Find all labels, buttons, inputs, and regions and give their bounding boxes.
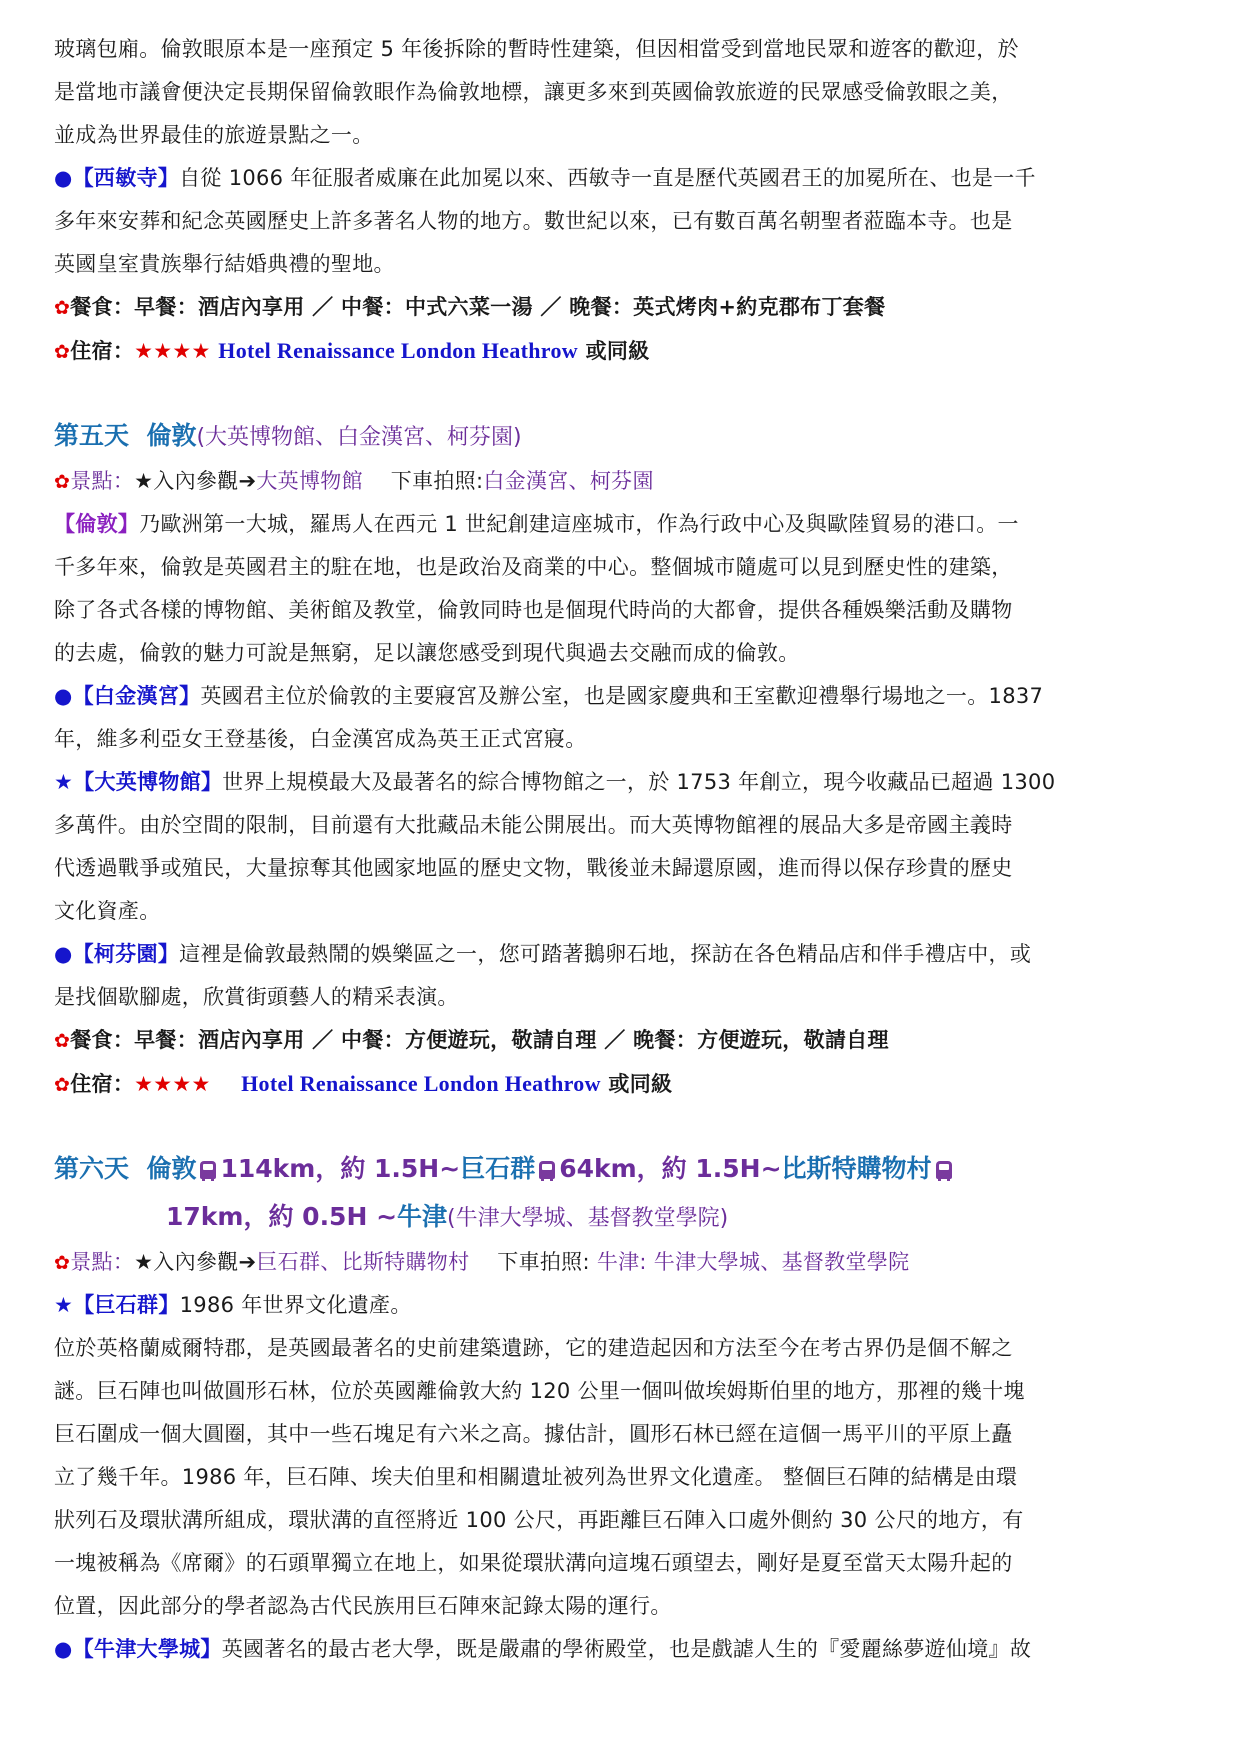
meals-line: ✿餐食：早餐：酒店內享用 ／ 中餐：中式六菜一湯 ／ 晚餐：英式烤肉+約克郡布丁… — [54, 286, 1186, 329]
section-tag: 【倫敦】 — [54, 512, 139, 536]
day6-title-cont: 17km，約 0.5H ~牛津(牛津大學城、基督教堂學院) — [54, 1193, 1186, 1241]
section-tag: 【西敏寺】 — [73, 166, 180, 190]
photo-label: 下車拍照: — [497, 1250, 590, 1274]
text-line: 是找個歇腳處，欣賞街頭藝人的精采表演。 — [54, 976, 1186, 1019]
hotel-label: 住宿： — [70, 339, 134, 363]
meals-line: ✿餐食：早餐：酒店內享用 ／ 中餐：方便遊玩，敬請自理 ／ 晚餐：方便遊玩，敬請… — [54, 1019, 1186, 1062]
flower-icon: ✿ — [54, 1074, 70, 1096]
text-line: 代透過戰爭或殖民，大量掠奪其他國家地區的歷史文物，戰後並未歸還原國，進而得以保存… — [54, 847, 1186, 890]
sights-label: 景點： — [70, 1250, 134, 1274]
day5-sights: ✿景點：★入內參觀➔大英博物館 下車拍照:白金漢宮、柯芬園 — [54, 460, 1186, 503]
day6-sights: ✿景點：★入內參觀➔巨石群、比斯特購物村 下車拍照: 牛津: 牛津大學城、基督教… — [54, 1241, 1186, 1284]
text-line: 乃歐洲第一大城，羅馬人在西元 1 世紀創建這座城市，作為行政中心及與歐陸貿易的港… — [139, 512, 1019, 536]
section-tag: 【白金漢宮】 — [73, 684, 201, 708]
text-line: 多萬件。由於空間的限制，目前還有大批藏品未能公開展出。而大英博物館裡的展品大多是… — [54, 804, 1186, 847]
section-tag: 【牛津大學城】 — [73, 1637, 222, 1661]
text-line: 玻璃包廂。倫敦眼原本是一座預定 5 年後拆除的暫時性建築，但因相當受到當地民眾和… — [54, 28, 1186, 71]
photo-places: 白金漢宮、柯芬園 — [483, 469, 653, 493]
bus-icon — [539, 1161, 555, 1179]
enter-label: ★入內參觀➔ — [134, 1250, 256, 1274]
text-line: 1986 年世界文化遺產。 — [180, 1293, 412, 1317]
meals-text: 餐食：早餐：酒店內享用 ／ 中餐：方便遊玩，敬請自理 ／ 晚餐：方便遊玩，敬請自… — [70, 1028, 889, 1052]
distance-label: 64km，約 1.5H~ — [559, 1154, 781, 1183]
text-line: 英國著名的最古老大學，既是嚴肅的學術殿堂，也是戲謔人生的『愛麗絲夢遊仙境』故 — [222, 1637, 1031, 1661]
flower-icon: ✿ — [54, 1252, 70, 1274]
text-line: 這裡是倫敦最熱鬧的娛樂區之一，您可踏著鵝卵石地，探訪在各色精品店和伴手禮店中，或 — [179, 942, 1031, 966]
city-label: 牛津 — [397, 1202, 447, 1231]
enter-places: 大英博物館 — [256, 469, 363, 493]
photo-label: 下車拍照: — [391, 469, 484, 493]
section-tag: 【大英博物館】 — [73, 770, 222, 794]
bus-icon — [200, 1161, 216, 1179]
london-section: 【倫敦】乃歐洲第一大城，羅馬人在西元 1 世紀創建這座城市，作為行政中心及與歐陸… — [54, 503, 1186, 675]
day-subtitle: (牛津大學城、基督教堂學院) — [447, 1206, 728, 1231]
text-line: 是當地市議會便決定長期保留倫敦眼作為倫敦地標，讓更多來到英國倫敦旅遊的民眾感受倫… — [54, 71, 1186, 114]
text-line: 謎。巨石陣也叫做圓形石林，位於英國離倫敦大約 120 公里一個叫做埃姆斯伯里的地… — [54, 1370, 1186, 1413]
westminster-section: ●【西敏寺】自從 1066 年征服者威廉在此加冕以來、西敏寺一直是歷代英國君王的… — [54, 157, 1186, 286]
bullet-icon: ● — [54, 942, 73, 966]
distance-label: 114km，約 1.5H~ — [220, 1154, 460, 1183]
text-line: 位置，因此部分的學者認為古代民族用巨石陣來記錄太陽的運行。 — [54, 1585, 1186, 1628]
enter-places: 巨石群、比斯特購物村 — [256, 1250, 469, 1274]
text-line: 英國君主位於倫敦的主要寢宮及辦公室，也是國家慶典和王室歡迎禮舉行場地之一。183… — [200, 684, 1043, 708]
photo-places: 牛津: 牛津大學城、基督教堂學院 — [590, 1250, 910, 1274]
museum-section: ★【大英博物館】世界上規模最大及最著名的綜合博物館之一，於 1753 年創立，現… — [54, 761, 1186, 933]
text-line: 文化資產。 — [54, 890, 1186, 933]
day6-title: 第六天 倫敦114km，約 1.5H~巨石群64km，約 1.5H~比斯特購物村 — [54, 1145, 1186, 1193]
text-line: 年，維多利亞女王登基後，白金漢宮成為英王正式宮寢。 — [54, 718, 1186, 761]
sights-label: 景點： — [70, 469, 134, 493]
day-label: 第五天 — [54, 421, 129, 450]
hotel-suffix: 或同級 — [608, 1072, 672, 1096]
hotel-name: Hotel Renaissance London Heathrow — [241, 1071, 601, 1096]
city-label: 巨石群 — [460, 1154, 535, 1183]
bullet-icon: ● — [54, 684, 73, 708]
text-line: 除了各式各樣的博物館、美術館及教堂，倫敦同時也是個現代時尚的大都會，提供各種娛樂… — [54, 589, 1186, 632]
bullet-icon: ● — [54, 166, 73, 190]
flower-icon: ✿ — [54, 297, 70, 319]
enter-label: ★入內參觀➔ — [134, 469, 256, 493]
flower-icon: ✿ — [54, 341, 70, 363]
text-line: 的去處，倫敦的魅力可說是無窮，足以讓您感受到現代與過去交融而成的倫敦。 — [54, 632, 1186, 675]
text-line: 千多年來，倫敦是英國君主的駐在地，也是政治及商業的中心。整個城市隨處可以見到歷史… — [54, 546, 1186, 589]
star-icon: ★ — [54, 1293, 73, 1317]
text-line: 並成為世界最佳的旅遊景點之一。 — [54, 114, 1186, 157]
day5-title: 第五天 倫敦(大英博物館、白金漢宮、柯芬園) — [54, 412, 1186, 460]
text-line: 多年來安葬和紀念英國歷史上許多著名人物的地方。數世紀以來，已有數百萬名朝聖者蒞臨… — [54, 200, 1186, 243]
city-label: 比斯特購物村 — [782, 1154, 932, 1183]
stonehenge-section: ★【巨石群】1986 年世界文化遺產。 位於英格蘭威爾特郡，是英國最著名的史前建… — [54, 1284, 1186, 1628]
oxford-section: ●【牛津大學城】英國著名的最古老大學，既是嚴肅的學術殿堂，也是戲謔人生的『愛麗絲… — [54, 1628, 1186, 1671]
flower-icon: ✿ — [54, 471, 70, 493]
london-eye-paragraph: 玻璃包廂。倫敦眼原本是一座預定 5 年後拆除的暫時性建築，但因相當受到當地民眾和… — [54, 28, 1186, 157]
star-rating-icon: ★★★★ — [134, 339, 211, 363]
text-line: 狀列石及環狀溝所組成，環狀溝的直徑將近 100 公尺，再距離巨石陣入口處外側約 … — [54, 1499, 1186, 1542]
text-line: 自從 1066 年征服者威廉在此加冕以來、西敏寺一直是歷代英國君王的加冕所在、也… — [179, 166, 1036, 190]
city-label: 倫敦 — [146, 421, 196, 450]
section-tag: 【巨石群】 — [73, 1293, 180, 1317]
covent-garden-section: ●【柯芬園】這裡是倫敦最熱鬧的娛樂區之一，您可踏著鵝卵石地，探訪在各色精品店和伴… — [54, 933, 1186, 1019]
text-line: 世界上規模最大及最著名的綜合博物館之一，於 1753 年創立，現今收藏品已超過 … — [222, 770, 1055, 794]
text-line: 立了幾千年。1986 年，巨石陣、埃夫伯里和相關遺址被列為世界文化遺產。 整個巨… — [54, 1456, 1186, 1499]
text-line: 英國皇室貴族舉行結婚典禮的聖地。 — [54, 243, 1186, 286]
bullet-icon: ● — [54, 1637, 73, 1661]
hotel-name: Hotel Renaissance London Heathrow — [218, 338, 578, 363]
hotel-suffix: 或同級 — [586, 339, 650, 363]
distance-label: 17km，約 0.5H ~ — [166, 1202, 397, 1231]
day-subtitle: (大英博物館、白金漢宮、柯芬園) — [196, 425, 521, 450]
star-rating-icon: ★★★★ — [134, 1072, 211, 1096]
text-line: 巨石圍成一個大圓圈，其中一些石塊足有六米之高。據估計，圓形石林已經在這個一馬平川… — [54, 1413, 1186, 1456]
city-label: 倫敦 — [146, 1154, 196, 1183]
hotel-line: ✿住宿：★★★★ Hotel Renaissance London Heathr… — [54, 1062, 1186, 1105]
section-tag: 【柯芬園】 — [73, 942, 180, 966]
day-label: 第六天 — [54, 1154, 129, 1183]
itinerary-page: 玻璃包廂。倫敦眼原本是一座預定 5 年後拆除的暫時性建築，但因相當受到當地民眾和… — [54, 28, 1186, 1671]
hotel-label: 住宿： — [70, 1072, 134, 1096]
meals-text: 餐食：早餐：酒店內享用 ／ 中餐：中式六菜一湯 ／ 晚餐：英式烤肉+約克郡布丁套… — [70, 295, 885, 319]
hotel-line: ✿住宿：★★★★ Hotel Renaissance London Heathr… — [54, 329, 1186, 372]
flower-icon: ✿ — [54, 1030, 70, 1052]
text-line: 一塊被稱為《席爾》的石頭單獨立在地上，如果從環狀溝向這塊石頭望去，剛好是夏至當天… — [54, 1542, 1186, 1585]
text-line: 位於英格蘭威爾特郡，是英國最著名的史前建築遺跡，它的建造起因和方法至今在考古界仍… — [54, 1327, 1186, 1370]
bus-icon — [936, 1161, 952, 1179]
star-icon: ★ — [54, 770, 73, 794]
buckingham-section: ●【白金漢宮】英國君主位於倫敦的主要寢宮及辦公室，也是國家慶典和王室歡迎禮舉行場… — [54, 675, 1186, 761]
